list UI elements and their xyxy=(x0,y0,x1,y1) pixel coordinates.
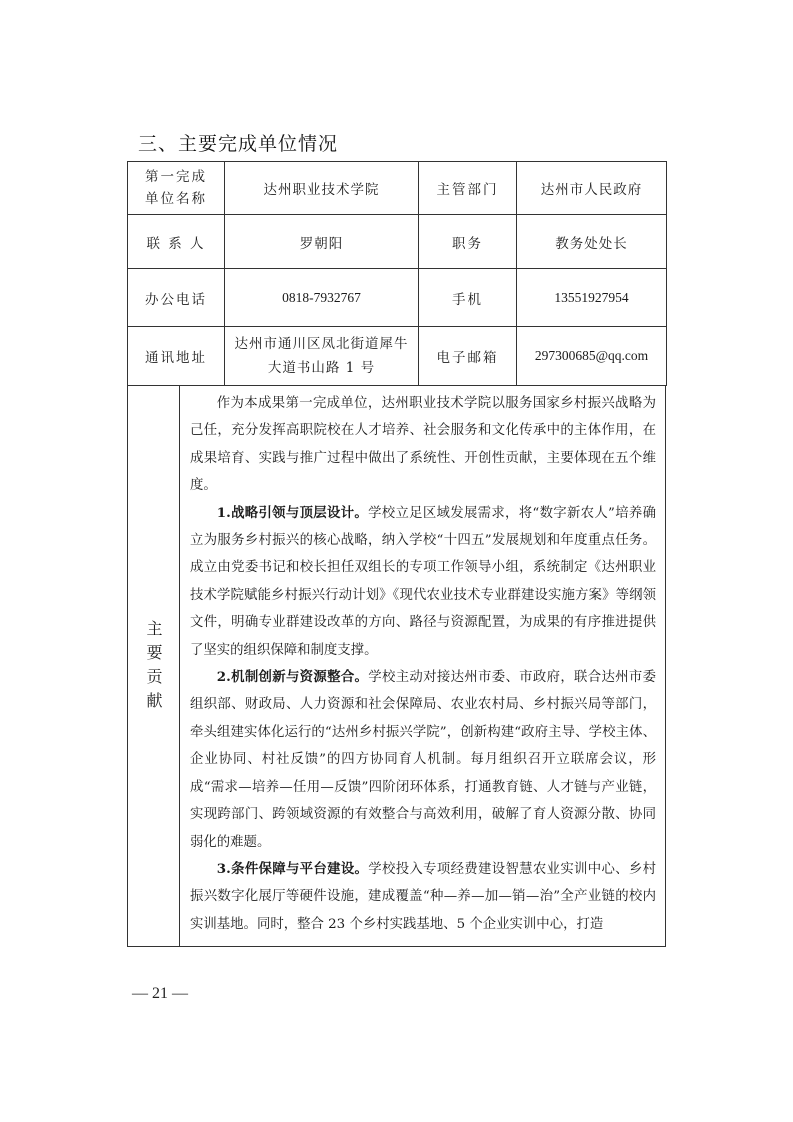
table-row: 通讯地址 达州市通川区凤北街道犀牛 大道书山路 1 号 电子邮箱 2973006… xyxy=(128,327,667,386)
section-title: 三、主要完成单位情况 xyxy=(138,129,338,156)
email-value: 297300685@qq.com xyxy=(517,327,667,386)
table-row: 联 系 人 罗朝阳 职务 教务处处长 xyxy=(128,215,667,269)
contribution-paragraph: 作为本成果第一完成单位，达州职业技术学院以服务国家乡村振兴战略为己任，充分发挥高… xyxy=(190,390,656,500)
supervisor-value: 达州市人民政府 xyxy=(517,162,667,215)
mobile-label: 手机 xyxy=(419,269,517,327)
paragraph-heading: 3.条件保障与平台建设。 xyxy=(217,861,368,877)
unit-info-table: 第一完成 单位名称 达州职业技术学院 主管部门 达州市人民政府 联 系 人 罗朝… xyxy=(127,161,667,386)
contribution-label-cell: 主要贡献 xyxy=(128,385,180,946)
unit-name-value: 达州职业技术学院 xyxy=(225,162,419,215)
mobile-value: 13551927954 xyxy=(517,269,667,327)
address-label: 通讯地址 xyxy=(128,327,225,386)
contact-value: 罗朝阳 xyxy=(225,215,419,269)
paragraph-heading: 1.战略引领与顶层设计。 xyxy=(217,505,368,521)
contribution-paragraph: 1.战略引领与顶层设计。学校立足区域发展需求，将“数字新农人”培养确立为服务乡村… xyxy=(190,500,656,664)
email-label: 电子邮箱 xyxy=(419,327,517,386)
office-phone-value: 0818-7932767 xyxy=(225,269,419,327)
position-label: 职务 xyxy=(419,215,517,269)
contribution-paragraph: 2.机制创新与资源整合。学校主动对接达州市委、市政府，联合达州市委组织部、财政局… xyxy=(190,664,656,856)
contribution-paragraph: 3.条件保障与平台建设。学校投入专项经费建设智慧农业实训中心、乡村振兴数字化展厅… xyxy=(190,856,656,938)
table-row: 第一完成 单位名称 达州职业技术学院 主管部门 达州市人民政府 xyxy=(128,162,667,215)
position-value: 教务处处长 xyxy=(517,215,667,269)
page-number: — 21 — xyxy=(132,985,188,1003)
office-phone-label: 办公电话 xyxy=(128,269,225,327)
contact-label: 联 系 人 xyxy=(128,215,225,269)
address-value: 达州市通川区凤北街道犀牛 大道书山路 1 号 xyxy=(225,327,419,386)
paragraph-heading: 2.机制创新与资源整合。 xyxy=(217,669,368,685)
unit-name-label: 第一完成 单位名称 xyxy=(128,162,225,215)
table-row: 办公电话 0818-7932767 手机 13551927954 xyxy=(128,269,667,327)
contribution-body: 作为本成果第一完成单位，达州职业技术学院以服务国家乡村振兴战略为己任，充分发挥高… xyxy=(180,385,665,946)
contribution-label: 主要贡献 xyxy=(142,616,165,716)
supervisor-label: 主管部门 xyxy=(419,162,517,215)
main-contribution-section: 主要贡献 作为本成果第一完成单位，达州职业技术学院以服务国家乡村振兴战略为己任，… xyxy=(127,385,666,947)
